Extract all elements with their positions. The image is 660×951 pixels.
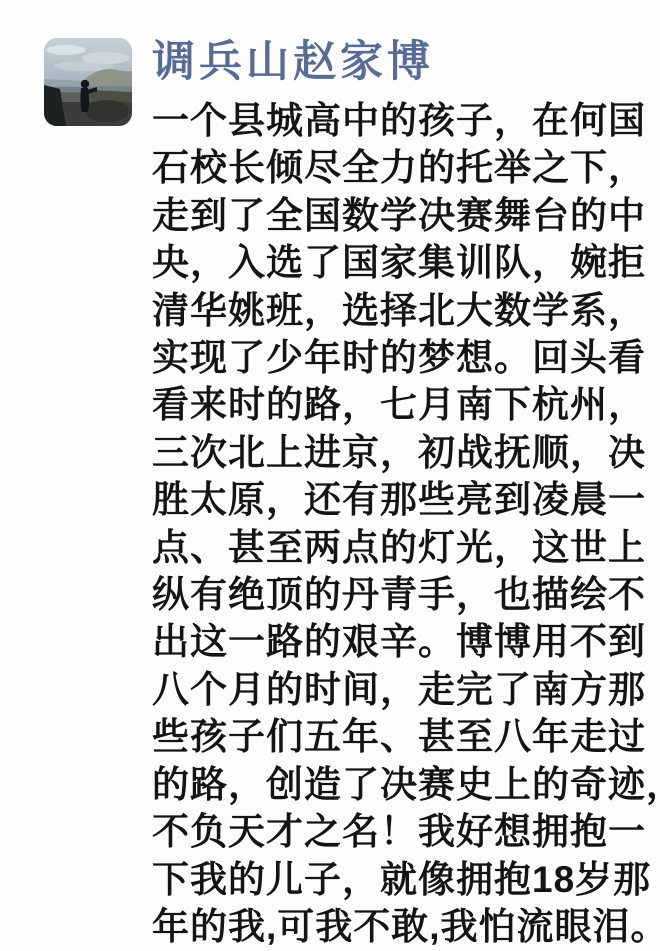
avatar-photo-icon bbox=[44, 38, 132, 126]
post-text: 一个县城高中的孩子，在何国 石校长倾尽全力的托举之下， 走到了全国数学决赛舞台的… bbox=[152, 97, 660, 950]
moments-post: 调兵山赵家博 一个县城高中的孩子，在何国 石校长倾尽全力的托举之下， 走到了全国… bbox=[0, 0, 660, 951]
username[interactable]: 调兵山赵家博 bbox=[152, 40, 434, 85]
avatar[interactable] bbox=[44, 38, 132, 126]
